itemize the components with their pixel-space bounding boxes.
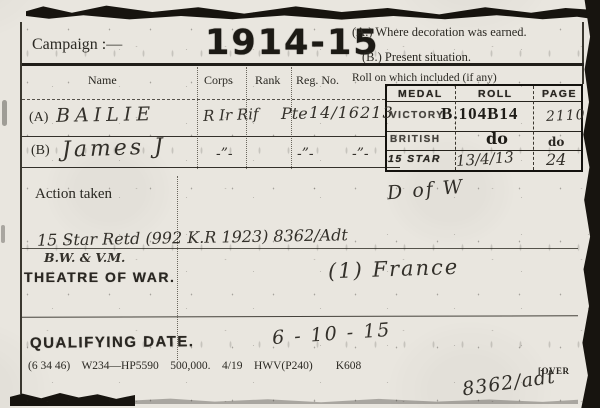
table-vline-name-corps <box>197 67 198 169</box>
row-a-surname: BAILIE <box>56 103 156 127</box>
rule-campaign <box>22 63 584 66</box>
col-header-reg-no: Reg. No. <box>296 73 339 88</box>
col-header-name: Name <box>88 73 117 88</box>
scan-speck-left <box>2 100 7 126</box>
mid-rule <box>22 315 578 317</box>
scan-edge-bottom-left <box>10 393 135 406</box>
table-header-underline <box>22 99 385 100</box>
medal-index-card: Campaign :— 1914-15 (A.) Where decoratio… <box>0 0 600 408</box>
medal-box-header-roll: ROLL <box>478 88 513 100</box>
col-header-roll: Roll on which included (if any) <box>352 72 497 84</box>
scan-edge-bottom-smudge <box>135 398 578 404</box>
scan-speck-left2 <box>1 225 5 243</box>
qualifying-date-value: 6 - 10 - 15 <box>271 319 392 349</box>
card-right-border <box>582 22 584 84</box>
row-b-prefix: (B) <box>31 143 50 159</box>
print-code: (6 34 46) W234—HP5590 500,000. 4/19 HWV(… <box>28 360 361 372</box>
note-present-situation: (B.) Present situation. <box>362 50 471 65</box>
medal-star-page: 24 <box>546 150 566 169</box>
row-b-reg-ditto: -”- <box>352 146 369 162</box>
medal-box-header-page: PAGE <box>542 88 577 100</box>
row-b-corps-ditto: -”- <box>216 146 233 162</box>
row-a-prefix: (A) <box>29 110 48 126</box>
action-taken-label: Action taken <box>35 186 112 203</box>
action-line1: 15 Star Retd (992 K.R 1923) 8362/Adt <box>37 225 348 249</box>
row-b-forenames: James J <box>62 134 167 163</box>
row-a-reg-no: 14/16213 <box>309 103 394 122</box>
qualifying-date-label: QUALIFYING DATE. <box>30 333 195 352</box>
card-left-border <box>20 22 22 394</box>
medal-box-header-medal: MEDAL <box>398 88 443 100</box>
medal-british-roll: do <box>486 129 508 148</box>
medal-british-label: BRITISH <box>390 134 441 145</box>
campaign-label: Campaign :— <box>32 36 122 54</box>
medal-victory-label: VICTORY <box>390 110 444 121</box>
col-header-rank: Rank <box>255 73 280 88</box>
row-a-rank: Pte <box>281 104 308 123</box>
row-a-corps: R Ir Rif <box>203 105 259 125</box>
action-line2: B.W. & V.M. <box>44 250 125 265</box>
col-header-corps: Corps <box>204 73 233 88</box>
present-situation-value: D of W <box>386 176 465 205</box>
medal-victory-roll: B.104B14 <box>441 104 518 124</box>
medal-star-label: 15 STAR <box>388 153 441 165</box>
medal-british-page: do <box>548 135 564 149</box>
scan-edge-top <box>26 4 600 20</box>
theatre-of-war-label: THEATRE OF WAR. <box>24 269 175 285</box>
note-where-earned: (A.) Where decoration was earned. <box>352 25 527 40</box>
medal-victory-page: 2110 <box>546 107 586 125</box>
row-b-rank-ditto: -”- <box>297 146 314 162</box>
row-b-underline <box>22 167 400 168</box>
footer-ref: 8362/adt <box>461 366 557 401</box>
theatre-of-war-value: (1) France <box>328 255 460 284</box>
